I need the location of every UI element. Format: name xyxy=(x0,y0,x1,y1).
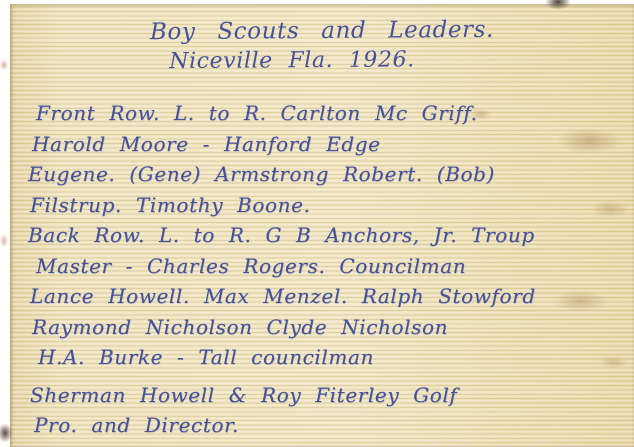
handwritten-body: Front Row. L. to R. Carlton Mc Griff. Ha… xyxy=(10,76,634,441)
handwritten-line-7: Lance Howell. Max Menzel. Ralph Stowford xyxy=(24,281,628,312)
title-block: Boy Scouts and Leaders. Niceville Fla. 1… xyxy=(10,4,634,76)
edge-speck xyxy=(0,235,8,247)
handwritten-line-2: Harold Moore - Hanford Edge xyxy=(24,129,628,160)
index-card: Boy Scouts and Leaders. Niceville Fla. 1… xyxy=(10,4,634,447)
handwritten-line-1: Front Row. L. to R. Carlton Mc Griff. xyxy=(24,98,628,129)
edge-speck xyxy=(0,60,8,70)
handwritten-line-3: Eugene. (Gene) Armstrong Robert. (Bob) xyxy=(24,159,628,190)
handwritten-line-8: Raymond Nicholson Clyde Nicholson xyxy=(24,312,628,343)
title-line-2: Niceville Fla. 1926. xyxy=(10,44,634,78)
handwritten-line-11: Pro. and Director. xyxy=(24,410,628,441)
title-line-1: Boy Scouts and Leaders. xyxy=(10,14,634,48)
handwritten-line-5: Back Row. L. to R. G B Anchors, Jr. Trou… xyxy=(24,220,628,251)
handwritten-line-9: H.A. Burke - Tall councilman xyxy=(24,342,628,373)
handwritten-line-10: Sherman Howell & Roy Fiterley Golf xyxy=(24,380,628,411)
handwritten-line-6: Master - Charles Rogers. Councilman xyxy=(24,251,628,282)
handwritten-line-4: Filstrup. Timothy Boone. xyxy=(24,190,628,221)
